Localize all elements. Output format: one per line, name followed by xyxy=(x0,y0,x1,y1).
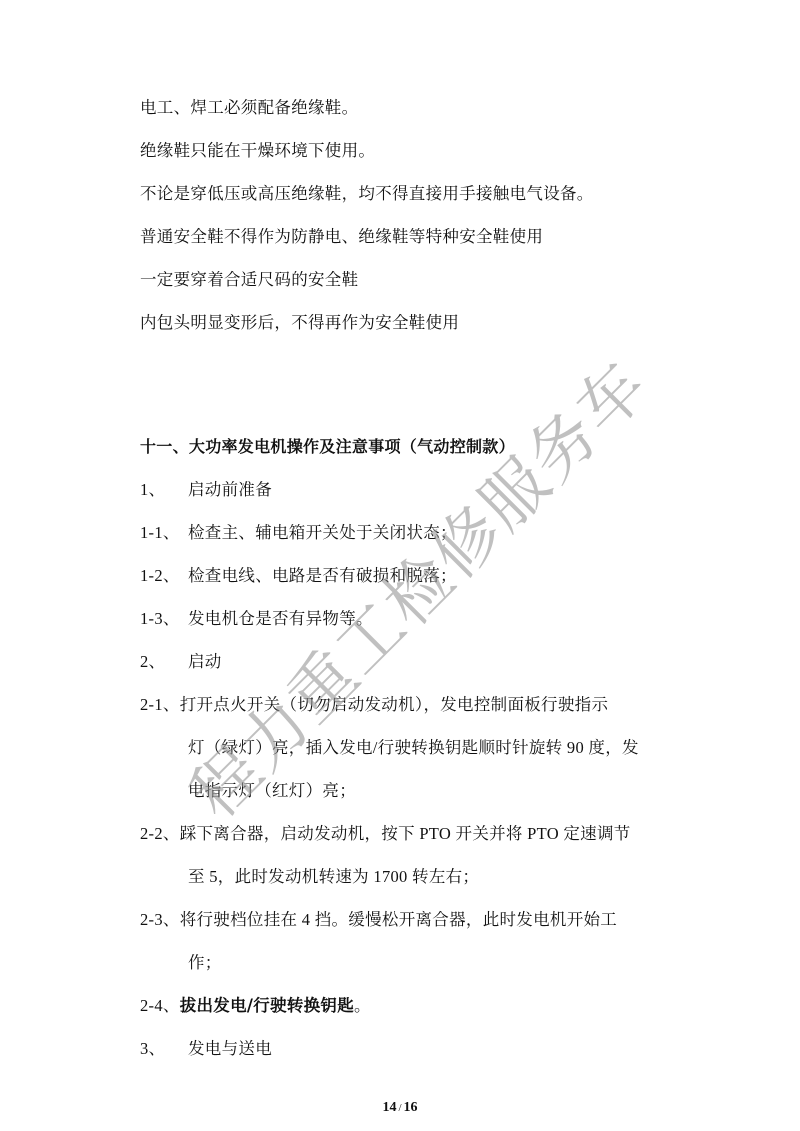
step-text: 发电与送电 xyxy=(188,1039,272,1058)
page-current: 14 xyxy=(382,1100,396,1115)
step-bold-text: 拔出发电/行驶转换钥匙 xyxy=(180,996,354,1015)
step-item: 1-3、发电机仓是否有异物等。 xyxy=(140,608,373,630)
step-continuation: 电指示灯（红灯）亮； xyxy=(188,780,356,802)
step-item: 3、发电与送电 xyxy=(140,1038,272,1060)
step-number: 2-3、 xyxy=(140,909,180,931)
step-item: 1、启动前准备 xyxy=(140,479,272,501)
watermark: 程力重工检修服务车 xyxy=(176,346,664,834)
document-page: 电工、焊工必须配备绝缘鞋。 绝缘鞋只能在干燥环境下使用。 不论是穿低压或高压绝缘… xyxy=(0,0,800,1131)
intro-line: 不论是穿低压或高压绝缘鞋，均不得直接用手接触电气设备。 xyxy=(140,183,594,205)
step-number: 2、 xyxy=(140,651,188,673)
step-number: 2-4、 xyxy=(140,995,180,1017)
step-item: 2、启动 xyxy=(140,651,222,673)
intro-line: 电工、焊工必须配备绝缘鞋。 xyxy=(140,97,358,119)
intro-line: 普通安全鞋不得作为防静电、绝缘鞋等特种安全鞋使用 xyxy=(140,226,543,248)
step-number: 2-1、 xyxy=(140,694,180,716)
step-text: 将行驶档位挂在 4 挡。缓慢松开离合器，此时发电机开始工 xyxy=(180,910,617,929)
step-item: 2-3、将行驶档位挂在 4 挡。缓慢松开离合器，此时发电机开始工 xyxy=(140,909,617,931)
step-number: 3、 xyxy=(140,1038,188,1060)
step-text: 检查电线、电路是否有破损和脱落； xyxy=(188,566,457,585)
step-number: 1-1、 xyxy=(140,522,188,544)
step-text: 启动前准备 xyxy=(188,480,272,499)
step-text: 发电机仓是否有异物等。 xyxy=(188,609,373,628)
intro-line: 一定要穿着合适尺码的安全鞋 xyxy=(140,269,358,291)
page-separator: / xyxy=(396,1102,403,1114)
step-continuation: 至 5，此时发动机转速为 1700 转左右； xyxy=(188,866,479,888)
step-number: 2-2、 xyxy=(140,823,180,845)
step-number: 1-3、 xyxy=(140,608,188,630)
step-continuation: 灯（绿灯）亮，插入发电/行驶转换钥匙顺时针旋转 90 度，发 xyxy=(188,737,639,759)
step-text: 检查主、辅电箱开关处于关闭状态； xyxy=(188,523,457,542)
step-text-tail: 。 xyxy=(354,996,371,1015)
step-item: 2-1、打开点火开关（切勿启动发动机），发电控制面板行驶指示 xyxy=(140,694,608,716)
page-total: 16 xyxy=(404,1100,418,1115)
step-text: 启动 xyxy=(188,652,222,671)
step-text: 打开点火开关（切勿启动发动机），发电控制面板行驶指示 xyxy=(180,695,609,714)
section-heading: 十一、大功率发电机操作及注意事项（气动控制款） xyxy=(140,436,515,458)
intro-line: 绝缘鞋只能在干燥环境下使用。 xyxy=(140,140,375,162)
step-number: 1、 xyxy=(140,479,188,501)
step-item: 1-2、检查电线、电路是否有破损和脱落； xyxy=(140,565,457,587)
step-item: 2-4、拔出发电/行驶转换钥匙。 xyxy=(140,995,371,1017)
step-number: 1-2、 xyxy=(140,565,188,587)
intro-line: 内包头明显变形后，不得再作为安全鞋使用 xyxy=(140,312,459,334)
step-continuation: 作； xyxy=(188,952,222,974)
step-item: 2-2、踩下离合器，启动发动机，按下 PTO 开关并将 PTO 定速调节 xyxy=(140,823,631,845)
page-number: 14/16 xyxy=(0,1100,800,1116)
step-item: 1-1、检查主、辅电箱开关处于关闭状态； xyxy=(140,522,457,544)
step-text: 踩下离合器，启动发动机，按下 PTO 开关并将 PTO 定速调节 xyxy=(180,824,631,843)
